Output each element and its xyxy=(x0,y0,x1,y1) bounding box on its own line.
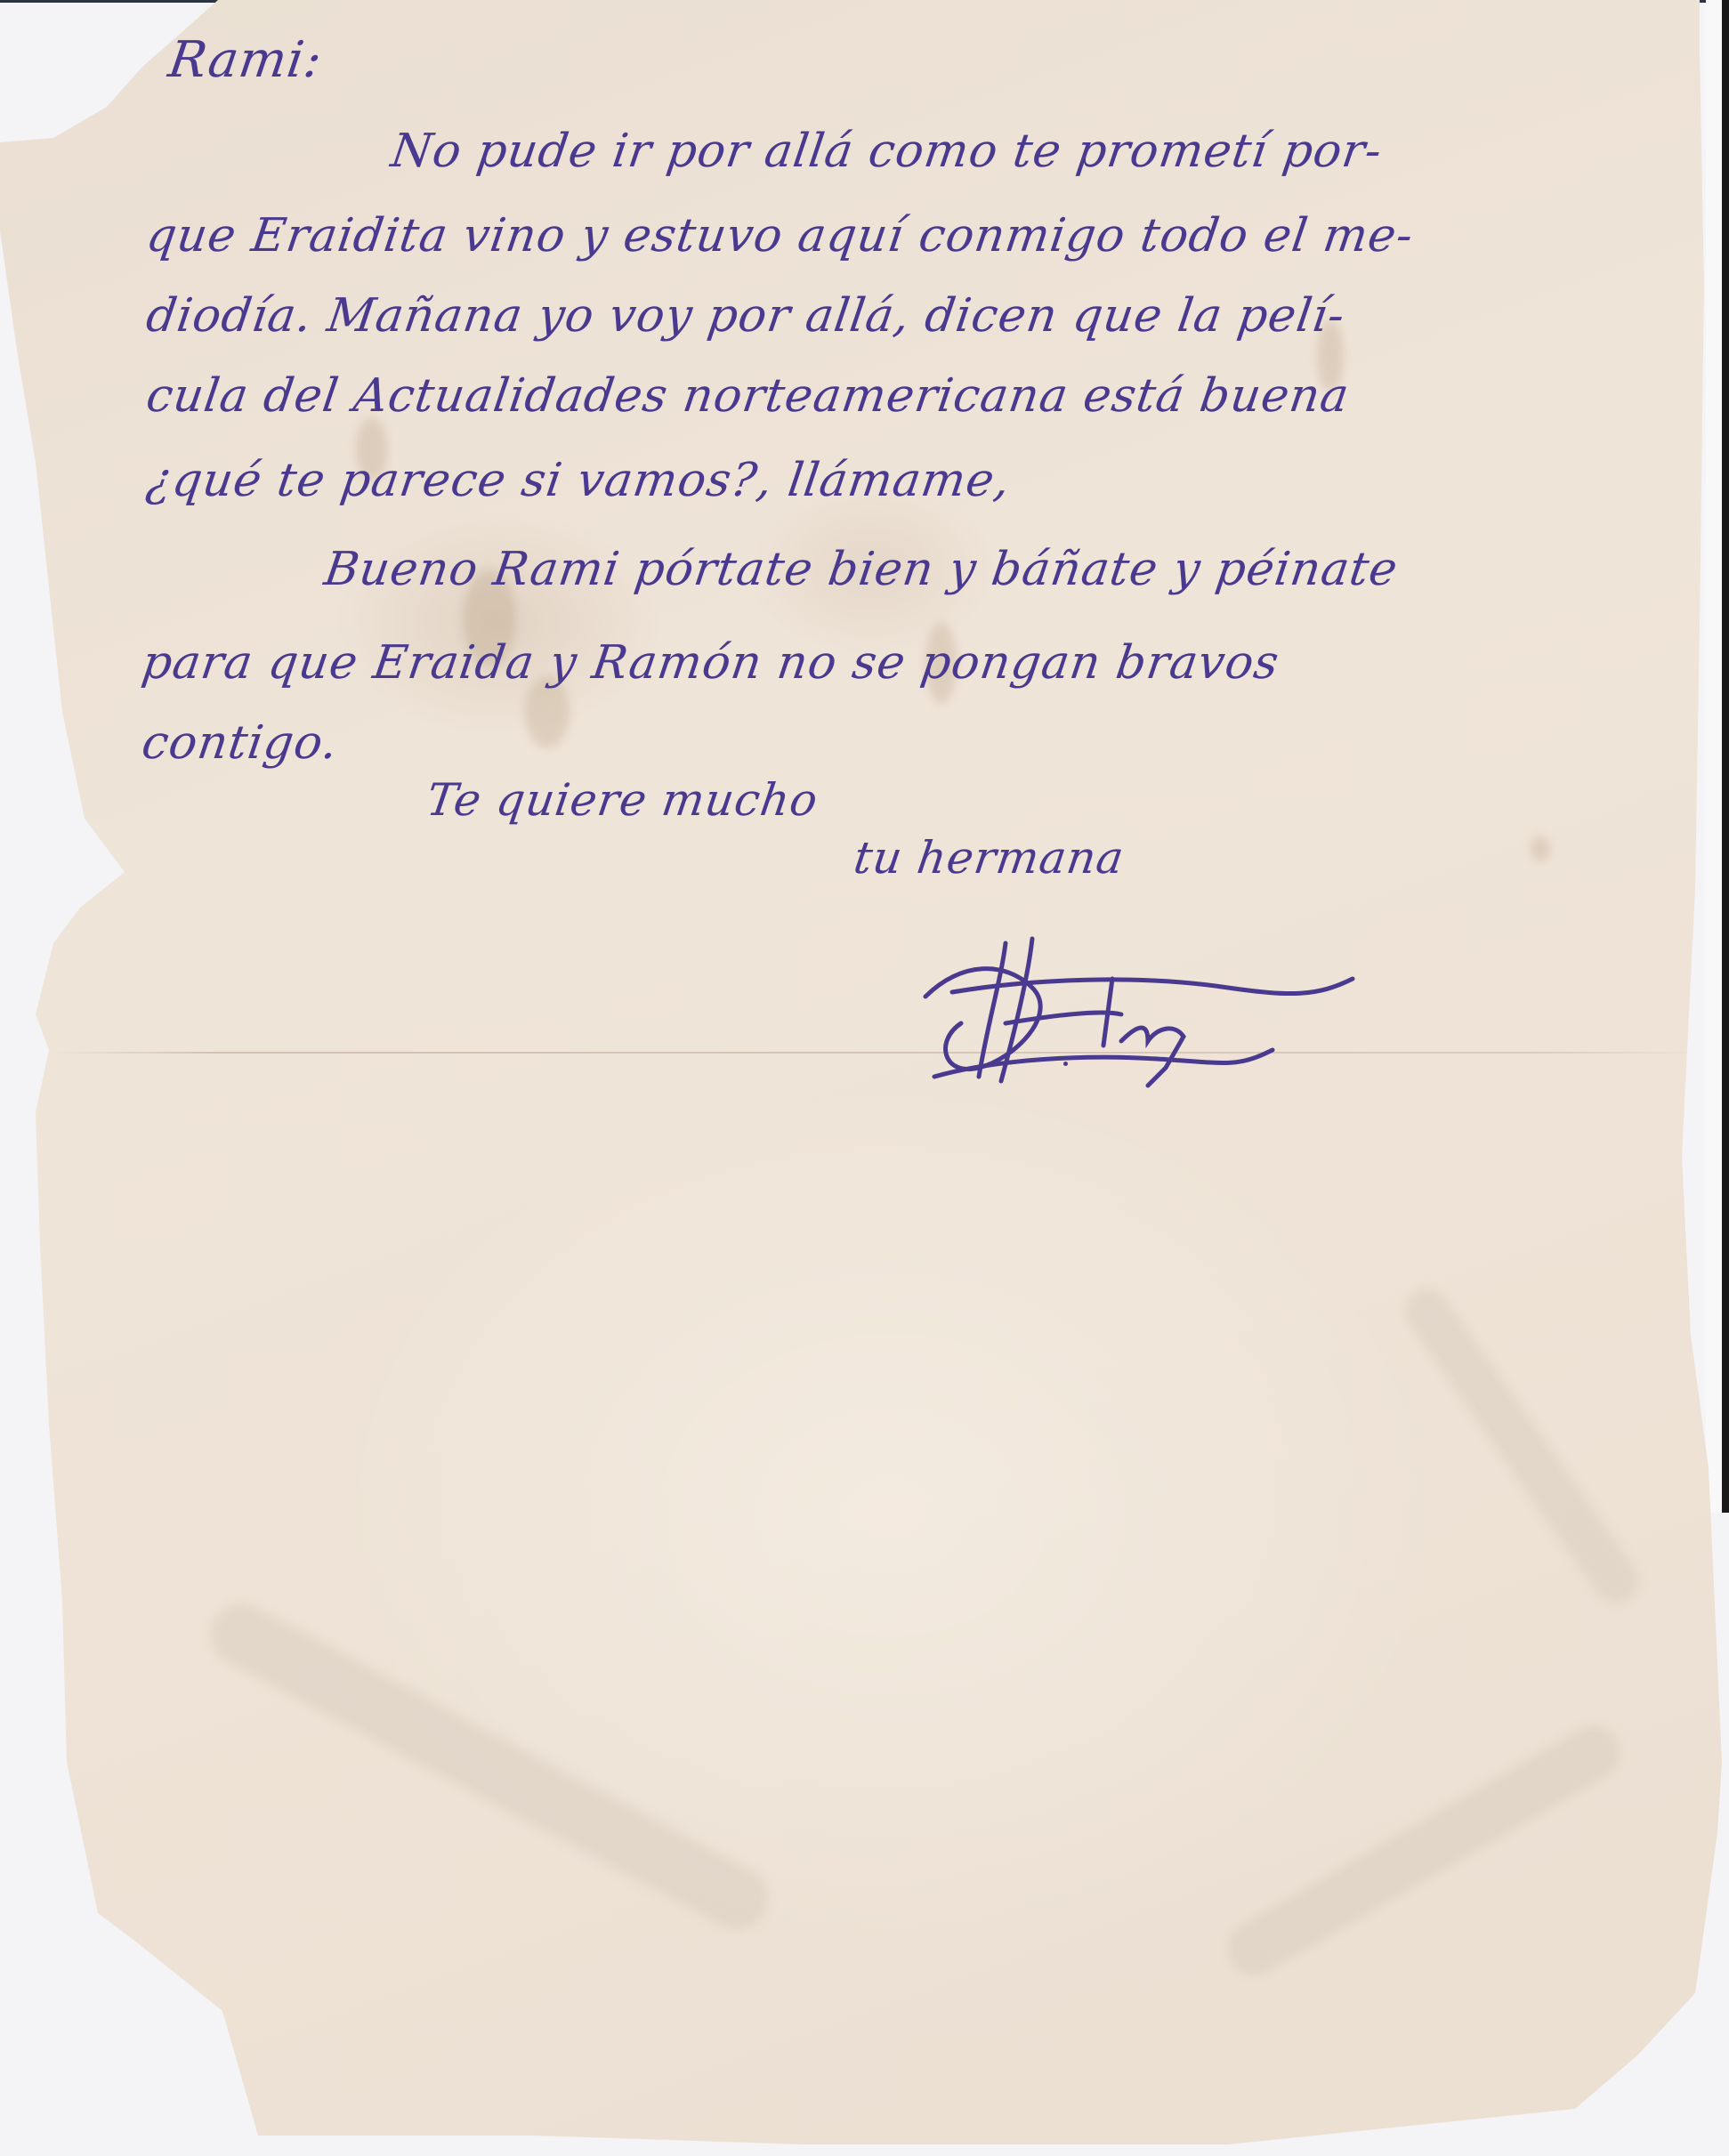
signature-flourish-icon xyxy=(854,925,1406,1094)
letter-line: que Eraidita vino y estuvo aquí conmigo … xyxy=(143,209,1417,262)
letter-line: No pude ir por allá como te prometí por- xyxy=(388,125,1386,178)
letter-closing-relation: tu hermana xyxy=(851,832,1127,884)
letter-line: contigo. xyxy=(139,716,342,770)
ink-dot xyxy=(1063,1062,1068,1066)
letter-line: ¿qué te parece si vamos?, llámame, xyxy=(143,454,1014,507)
letter-line: para que Eraida y Ramón no se pongan bra… xyxy=(139,636,1283,690)
letter-salutation: Rami: xyxy=(165,31,326,89)
letter-line: diodía. Mañana yo voy por allá, dicen qu… xyxy=(143,289,1348,343)
letter-line: cula del Actualidades norteamericana est… xyxy=(143,369,1353,423)
letter-body: Rami: No pude ir por allá como te promet… xyxy=(0,0,1729,2156)
letter-closing: Te quiere mucho xyxy=(424,774,821,826)
letter-line: Bueno Rami pórtate bien y báñate y péina… xyxy=(321,543,1402,596)
